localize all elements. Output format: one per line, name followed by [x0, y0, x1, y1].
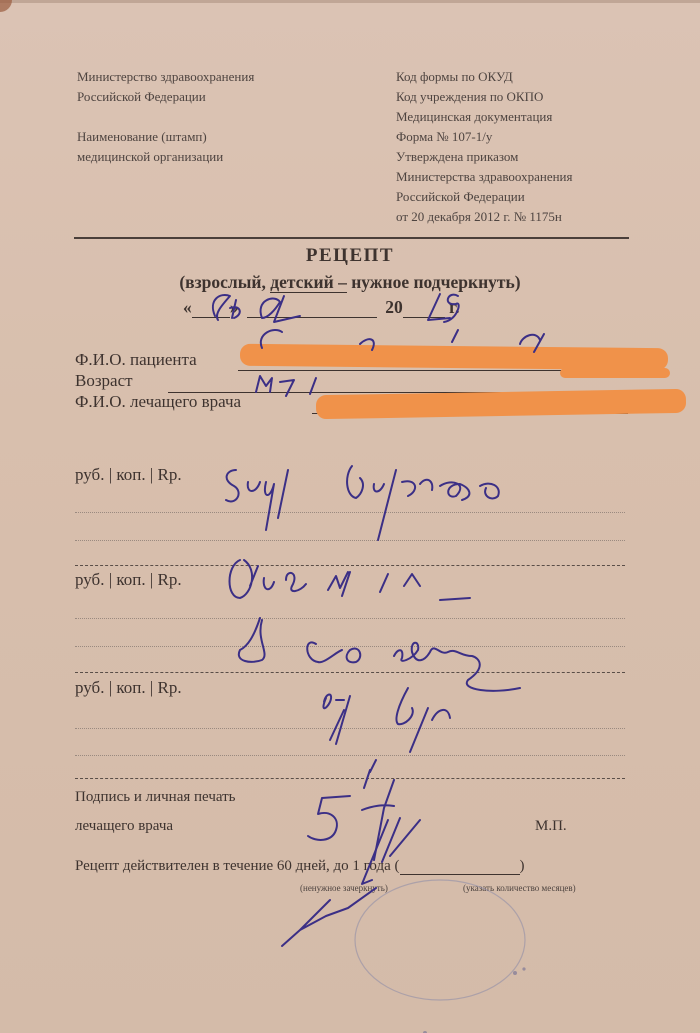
- age-label: Возраст: [75, 371, 133, 391]
- dotted-line: [75, 728, 625, 729]
- date-row: «» 20 г.: [183, 297, 459, 318]
- document-subtitle: (взрослый, детский – нужное подчеркнуть): [0, 272, 700, 293]
- document-title: РЕЦЕПТ: [0, 245, 700, 267]
- month-field[interactable]: [247, 299, 377, 318]
- org-stamp-label-1: Наименование (штамп): [77, 127, 254, 147]
- doctor-name-label: Ф.И.О. лечащего врача: [75, 392, 241, 412]
- okud-code-label: Код формы по ОКУД: [396, 67, 573, 87]
- section-divider: [75, 672, 625, 673]
- med-doc-label: Медицинская документация: [396, 107, 573, 127]
- approved-label: Утверждена приказом: [396, 147, 573, 167]
- form-number: Форма № 107-1/у: [396, 127, 573, 147]
- okpo-code-label: Код учреждения по ОКПО: [396, 87, 573, 107]
- paper-edge: [0, 0, 700, 3]
- dotted-line: [75, 755, 625, 756]
- signature-label-2: лечащего врача: [75, 818, 173, 835]
- dotted-line: [75, 646, 625, 647]
- months-note: (указать количество месяцев): [463, 883, 576, 893]
- section-divider: [75, 565, 625, 566]
- federation-label: Российской Федерации: [396, 187, 573, 207]
- validity-text: Рецепт действителен в течение 60 дней, д…: [75, 858, 525, 875]
- day-field[interactable]: [192, 299, 230, 318]
- patient-name-label: Ф.И.О. пациента: [75, 350, 197, 370]
- signature-label-1: Подпись и личная печать: [75, 789, 236, 806]
- order-reference: от 20 декабря 2012 г. № 1175н: [396, 207, 573, 227]
- ministry-label: Министерства здравоохранения: [396, 167, 573, 187]
- ministry-line-2: Российской Федерации: [77, 87, 254, 107]
- paper-corner: [0, 0, 12, 12]
- rp-label-2: руб. | коп. | Rp.: [75, 570, 182, 590]
- dotted-line: [75, 618, 625, 619]
- year-field[interactable]: [403, 299, 445, 318]
- header-divider: [74, 237, 629, 239]
- rp-label-3: руб. | коп. | Rp.: [75, 678, 182, 698]
- header-left: Министерство здравоохранения Российской …: [77, 67, 254, 167]
- header-right: Код формы по ОКУД Код учреждения по ОКПО…: [396, 67, 573, 227]
- underlined-choice: детский –: [270, 272, 347, 293]
- patient-name-redaction-tail: [560, 368, 670, 378]
- months-field[interactable]: [400, 859, 520, 875]
- rp-label-1: руб. | коп. | Rp.: [75, 465, 182, 485]
- ministry-line-1: Министерство здравоохранения: [77, 67, 254, 87]
- dotted-line: [75, 512, 625, 513]
- dotted-line: [75, 540, 625, 541]
- doctor-name-redaction: [316, 389, 686, 419]
- patient-name-redaction: [240, 344, 668, 370]
- section-divider: [75, 778, 625, 779]
- org-stamp-label-2: медицинской организации: [77, 147, 254, 167]
- strike-note: (ненужное зачеркнуть): [300, 883, 388, 893]
- stamp-place-label: М.П.: [535, 818, 567, 835]
